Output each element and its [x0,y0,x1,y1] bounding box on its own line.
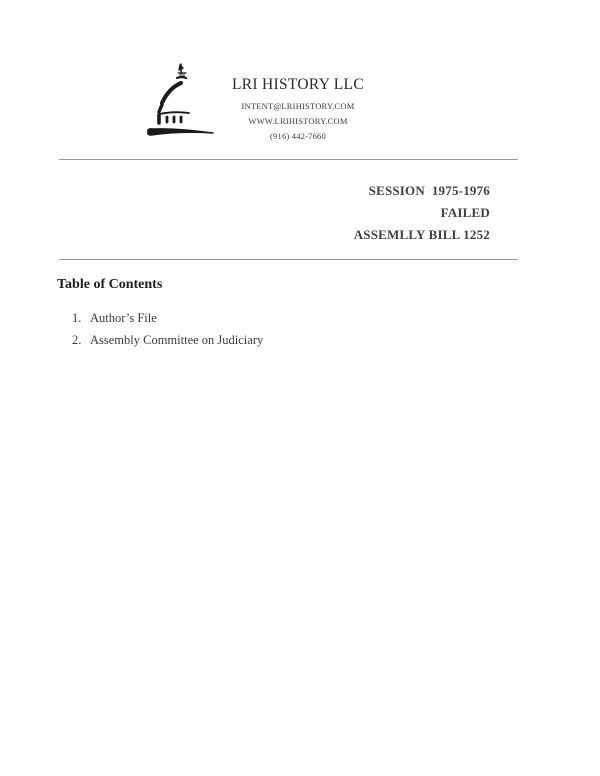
bill-divider [59,259,518,260]
toc-title: Table of Contents [57,276,162,294]
toc-item-label[interactable]: Assembly Committee on Judiciary [90,329,263,351]
company-name: LRI HISTORY LLC [198,76,398,94]
toc-item[interactable]: 1. Author’s File [72,307,263,329]
contact-phone: (916) 442-7660 [198,129,398,144]
bill-info: SESSION 1975-1976 FAILED ASSEMLLY BILL 1… [354,180,490,246]
contact-website[interactable]: WWW.LRIHISTORY.COM [198,114,398,129]
company-header: LRI HISTORY LLC INTENT@LRIHISTORY.COM WW… [198,76,398,144]
header-divider [59,159,518,160]
toc-item-number: 1. [72,307,90,329]
toc-item-label[interactable]: Author’s File [90,307,157,329]
toc-list: 1. Author’s File 2. Assembly Committee o… [72,307,263,351]
document-page: LRI HISTORY LLC INTENT@LRIHISTORY.COM WW… [0,0,600,776]
toc-item[interactable]: 2. Assembly Committee on Judiciary [72,329,263,351]
bill-status: FAILED [354,202,490,224]
contact-email[interactable]: INTENT@LRIHISTORY.COM [198,99,398,114]
bill-name: ASSEMLLY BILL 1252 [354,224,490,246]
bill-session: SESSION 1975-1976 [354,180,490,202]
toc-item-number: 2. [72,329,90,351]
